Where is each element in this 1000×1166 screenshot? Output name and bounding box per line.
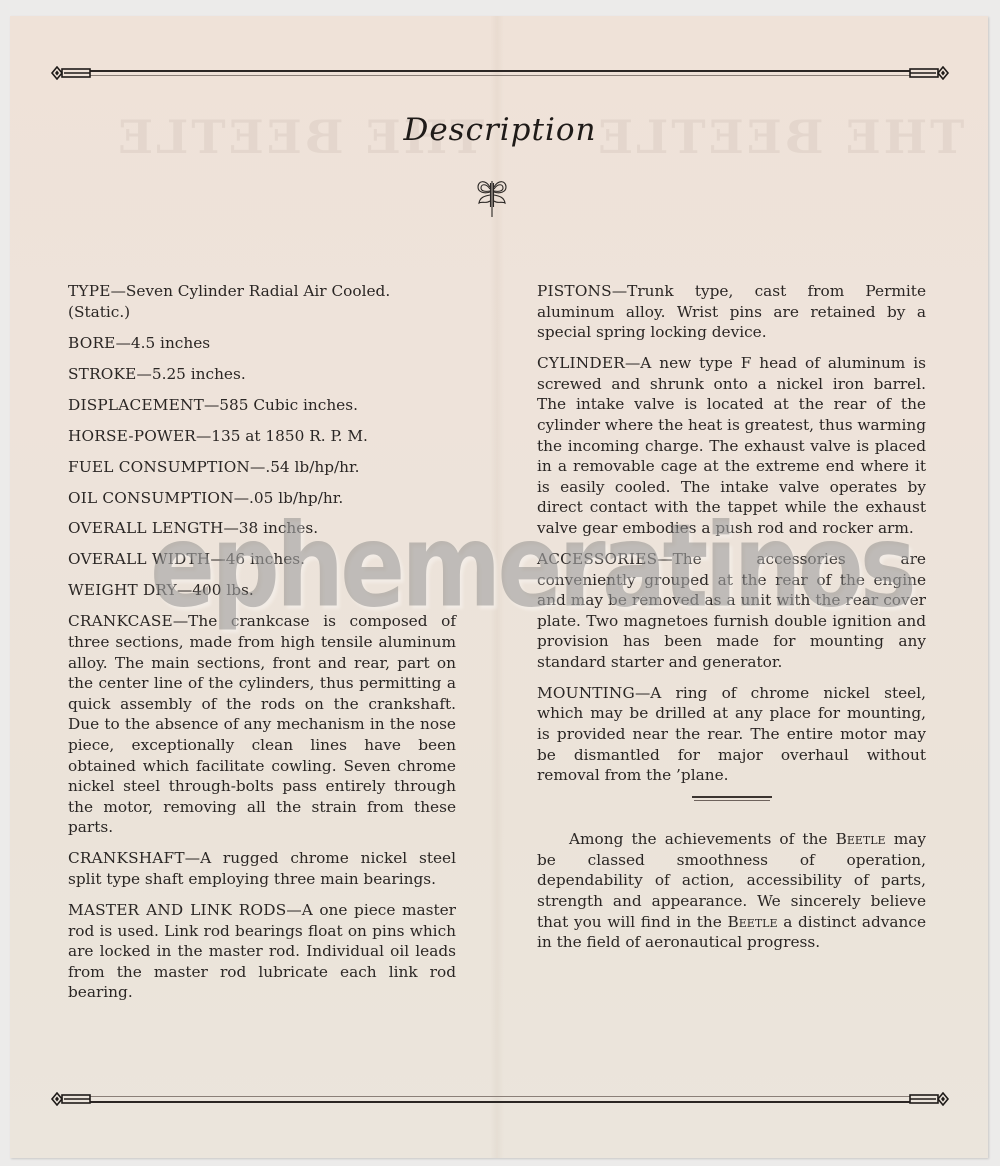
top-border-rule xyxy=(50,66,950,80)
section-heading: MASTER AND LINK RODS xyxy=(68,901,286,919)
left-column: TYPE—Seven Cylinder Radial Air Cooled. (… xyxy=(68,281,456,1013)
section-mounting: MOUNTING—A ring of chrome nickel steel, … xyxy=(537,683,926,786)
spec-value: 5.25 inches. xyxy=(152,365,246,383)
spec-label: TYPE xyxy=(68,282,111,300)
brand-name: Beetle xyxy=(836,830,886,848)
diamond-arrow-cap-icon xyxy=(50,1092,92,1106)
spec-item: FUEL CONSUMPTION—.54 lb/hp/hr. xyxy=(68,457,456,478)
section-crankcase: CRANKCASE—The crankcase is composed of t… xyxy=(68,611,456,838)
section-heading: MOUNTING xyxy=(537,684,635,702)
section-master-and-link-rods: MASTER AND LINK RODS—A one piece master … xyxy=(68,900,456,1003)
section-divider xyxy=(692,796,772,803)
bottom-border-rule xyxy=(50,1092,950,1106)
section-heading: CRANKSHAFT xyxy=(68,849,185,867)
spec-item: HORSE-POWER—135 at 1850 R. P. M. xyxy=(68,426,456,447)
spec-value: 135 at 1850 R. P. M. xyxy=(211,427,368,445)
section-crankshaft: CRANKSHAFT—A rugged chrome nickel steel … xyxy=(68,848,456,889)
spec-label: HORSE-POWER xyxy=(68,427,196,445)
section-heading: CYLINDER xyxy=(537,354,625,372)
watermark: ephemeratinos xyxy=(150,499,913,633)
section-pistons: PISTONS—Trunk type, cast from Permite al… xyxy=(537,281,926,343)
bow-ribbon-ornament-icon xyxy=(475,177,509,219)
diamond-arrow-cap-icon xyxy=(908,66,950,80)
spec-label: STROKE xyxy=(68,365,137,383)
spec-item: BORE—4.5 inches xyxy=(68,333,456,354)
spec-item: TYPE—Seven Cylinder Radial Air Cooled. (… xyxy=(68,281,456,322)
spec-value: 585 Cubic inches. xyxy=(219,396,358,414)
section-body: The crankcase is composed of three secti… xyxy=(68,612,456,836)
spec-label: DISPLACEMENT xyxy=(68,396,204,414)
spec-value: 4.5 inches xyxy=(131,334,210,352)
page-title: Description xyxy=(0,112,1000,148)
section-heading: PISTONS xyxy=(537,282,612,300)
spec-label: BORE xyxy=(68,334,116,352)
spec-value: .54 lb/hp/hr. xyxy=(265,458,359,476)
diamond-arrow-cap-icon xyxy=(908,1092,950,1106)
spec-label: FUEL CONSUMPTION xyxy=(68,458,250,476)
brand-name: Beetle xyxy=(728,913,778,931)
spec-item: DISPLACEMENT—585 Cubic inches. xyxy=(68,395,456,416)
diamond-arrow-cap-icon xyxy=(50,66,92,80)
closing-paragraph: Among the achievements of the Beetle may… xyxy=(537,829,926,953)
spec-item: STROKE—5.25 inches. xyxy=(68,364,456,385)
